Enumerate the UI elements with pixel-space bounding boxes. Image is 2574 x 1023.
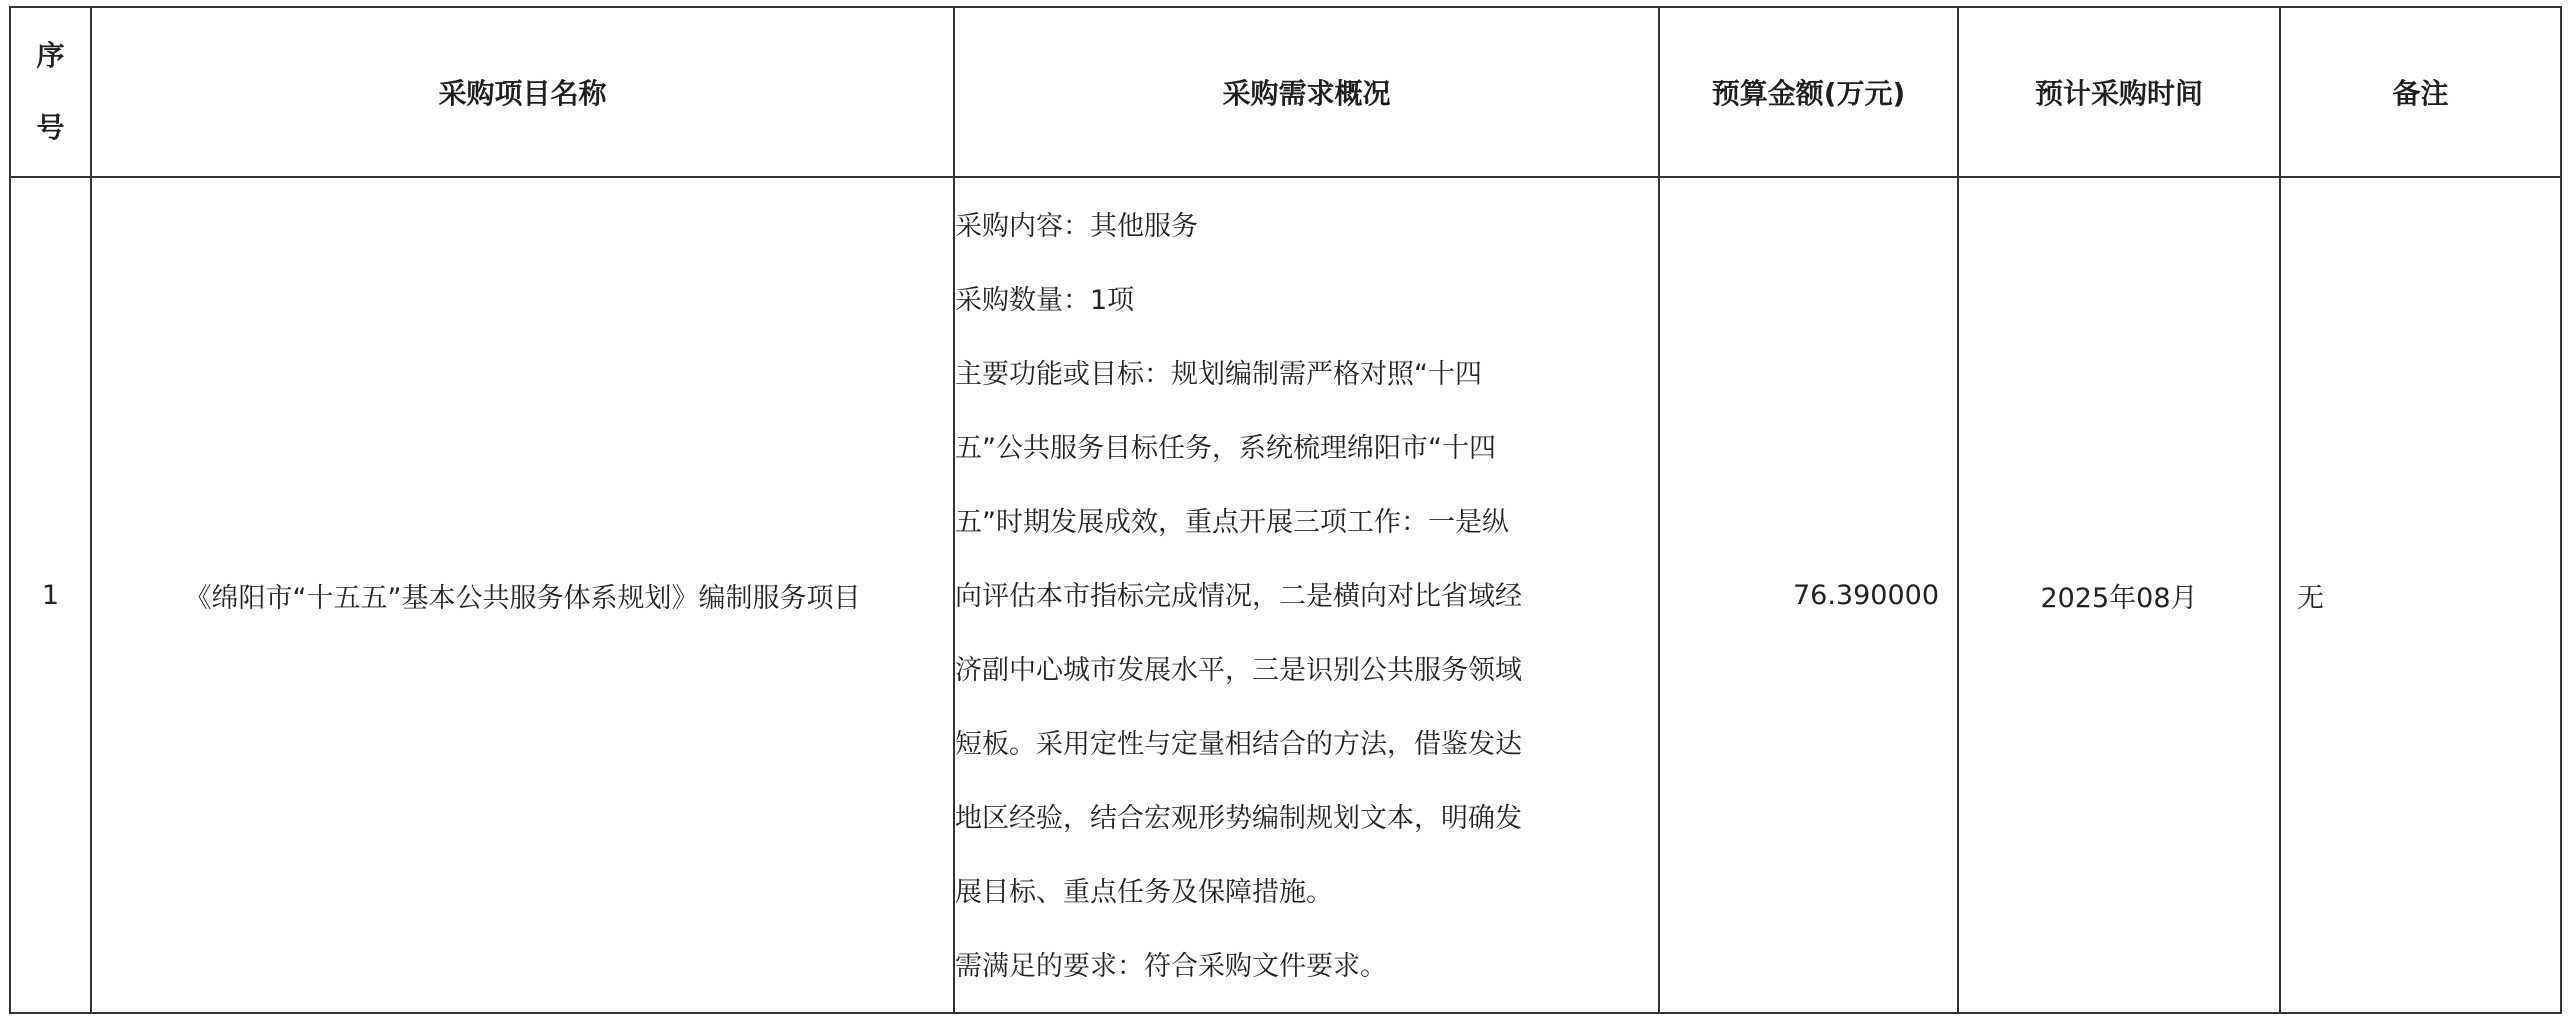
requirements-line: 向评估本市指标完成情况，二是横向对比省域经: [955, 560, 1658, 634]
table-header-row: 序 号 采购项目名称 采购需求概况 预算金额(万元) 预计采购时间 备注: [10, 7, 2561, 177]
cell-procurement-time: 2025年08月: [1958, 177, 2280, 1013]
requirements-line: 展目标、重点任务及保障措施。: [955, 856, 1658, 930]
header-seq-line1: 序: [11, 20, 90, 92]
cell-requirements: 采购内容：其他服务 采购数量：1项 主要功能或目标：规划编制需严格对照“十四 五…: [954, 177, 1659, 1013]
header-seq-line2: 号: [11, 92, 90, 164]
header-procurement-time: 预计采购时间: [1958, 7, 2280, 177]
cell-seq: 1: [10, 177, 91, 1013]
requirements-text: 采购内容：其他服务 采购数量：1项 主要功能或目标：规划编制需严格对照“十四 五…: [955, 182, 1658, 1008]
header-note: 备注: [2280, 7, 2561, 177]
header-budget: 预算金额(万元): [1659, 7, 1958, 177]
requirements-line: 主要功能或目标：规划编制需严格对照“十四: [955, 338, 1658, 412]
requirements-line: 五”公共服务目标任务，系统梳理绵阳市“十四: [955, 412, 1658, 486]
requirements-line: 济副中心城市发展水平，三是识别公共服务领域: [955, 634, 1658, 708]
header-project-name: 采购项目名称: [91, 7, 954, 177]
requirements-line: 五”时期发展成效，重点开展三项工作：一是纵: [955, 486, 1658, 560]
cell-budget: 76.390000: [1659, 177, 1958, 1013]
header-seq: 序 号: [10, 7, 91, 177]
requirements-line: 短板。采用定性与定量相结合的方法，借鉴发达: [955, 708, 1658, 782]
requirements-line: 需满足的要求：符合采购文件要求。: [955, 930, 1658, 1004]
cell-project-name: 《绵阳市“十五五”基本公共服务体系规划》编制服务项目: [91, 177, 954, 1013]
procurement-plan-table: 序 号 采购项目名称 采购需求概况 预算金额(万元) 预计采购时间 备注 1 《…: [9, 6, 2562, 1014]
cell-note: 无: [2280, 177, 2561, 1013]
requirements-line: 采购数量：1项: [955, 264, 1658, 338]
requirements-line: 采购内容：其他服务: [955, 190, 1658, 264]
table-row: 1 《绵阳市“十五五”基本公共服务体系规划》编制服务项目 采购内容：其他服务 采…: [10, 177, 2561, 1013]
header-requirements: 采购需求概况: [954, 7, 1659, 177]
requirements-line: 地区经验，结合宏观形势编制规划文本，明确发: [955, 782, 1658, 856]
